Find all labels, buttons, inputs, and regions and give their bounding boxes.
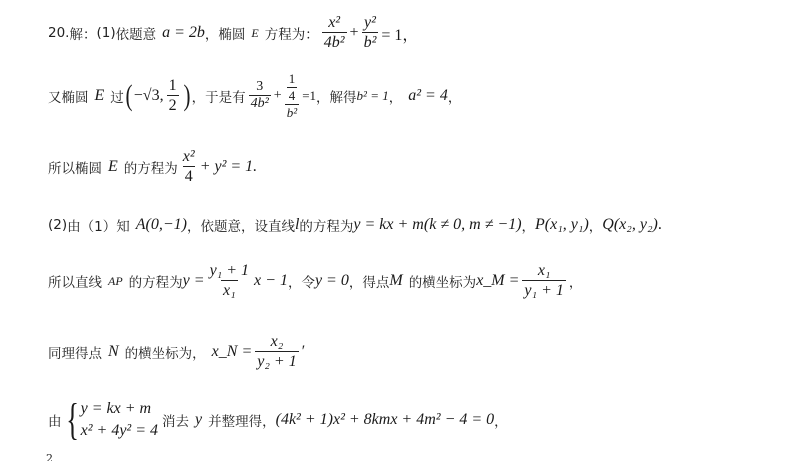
text: 的方程为 bbox=[124, 157, 178, 177]
text: 的横坐标为 bbox=[409, 271, 477, 291]
text: ，解得 bbox=[316, 86, 357, 106]
math-point-P: P(x₁, y₁) bbox=[535, 216, 589, 234]
problem-number: 20. bbox=[48, 25, 69, 41]
math-b2: b² = 1 bbox=[357, 88, 389, 104]
text: 同理得点 bbox=[48, 342, 102, 362]
rhs: = 1， bbox=[381, 22, 418, 45]
math-E: E bbox=[108, 158, 118, 176]
part2-label: (2) bbox=[48, 217, 67, 233]
math-E: E bbox=[95, 87, 105, 105]
math-line-eq: y = kx + m(k ≠ 0, m ≠ −1) bbox=[353, 216, 521, 234]
text: 所以椭圆 bbox=[48, 157, 102, 177]
fraction: y² b² bbox=[362, 14, 379, 53]
text: 的方程为 bbox=[299, 215, 353, 235]
text: ，得点 bbox=[349, 271, 390, 291]
fraction: y₁ + 1 x₁ bbox=[208, 262, 251, 301]
point-x: −√3, bbox=[134, 87, 164, 105]
solution-label: 解： bbox=[69, 23, 96, 43]
text: ， bbox=[522, 215, 536, 235]
text: 由 bbox=[48, 410, 62, 430]
part1-line1: 20. 解： (1) 依题意 a = 2b ，椭圆 E 方程为： x² 4b² … bbox=[48, 14, 418, 53]
math-xN: x_N = bbox=[212, 343, 253, 361]
text: ，椭圆 bbox=[205, 23, 246, 43]
math-a2: a² = 4 bbox=[408, 87, 448, 105]
part1-label: (1) bbox=[96, 25, 115, 41]
part1-line2: 又椭圆 E 过 ( −√3, 1 2 ) ，于是有 3 4b² + 1 4 b²… bbox=[48, 72, 461, 120]
plus: + bbox=[274, 88, 282, 104]
math-point-A: A(0,−1) bbox=[136, 216, 187, 234]
text: 并整理得， bbox=[208, 410, 276, 430]
text: 又椭圆 bbox=[48, 86, 89, 106]
text: 由（1）知 bbox=[67, 215, 130, 235]
text: ， bbox=[589, 215, 603, 235]
text: ，令 bbox=[288, 271, 315, 291]
text: 消去 bbox=[162, 410, 189, 430]
part2-line4: 由 { y = kx + m x² + 4y² = 4 消去 y 并整理得， (… bbox=[48, 398, 508, 442]
text: ，依题意，设直线 bbox=[187, 215, 295, 235]
text: 依题意 bbox=[116, 23, 157, 43]
math-xM: x_M = bbox=[476, 272, 519, 290]
right-paren: ) bbox=[183, 81, 190, 111]
math-y0: y = 0 bbox=[315, 272, 349, 290]
left-paren: ( bbox=[125, 81, 132, 111]
text: ， bbox=[494, 410, 508, 430]
math-quadratic: (4k² + 1)x² + 8kmx + 4m² − 4 = 0 bbox=[276, 411, 495, 429]
text: ， bbox=[569, 271, 583, 291]
math-a-eq-2b: a = 2b bbox=[162, 24, 205, 42]
part2-line3: 同理得点 N 的横坐标为， x_N = x₂ y₂ + 1 ′ bbox=[48, 333, 305, 372]
part1-line3: 所以椭圆 E 的方程为 x² 4 + y² = 1. bbox=[48, 148, 257, 187]
text: ， bbox=[448, 86, 462, 106]
part2-line2: 所以直线 AP 的方程为 y = y₁ + 1 x₁ x − 1 ，令 y = … bbox=[48, 262, 582, 301]
equation-system: y = kx + m x² + 4y² = 4 bbox=[81, 398, 158, 441]
fraction: 3 4b² bbox=[249, 79, 271, 113]
text: . bbox=[658, 216, 662, 234]
math-AP: AP bbox=[108, 274, 123, 289]
math-y: y bbox=[195, 411, 202, 429]
math-point-Q: Q(x₂, y₂) bbox=[602, 216, 658, 234]
fraction: 1 2 bbox=[167, 77, 179, 116]
text: ， bbox=[389, 86, 403, 106]
math-lhs: y = bbox=[183, 272, 205, 290]
text: 所以直线 bbox=[48, 271, 102, 291]
text: 的方程为 bbox=[129, 271, 183, 291]
text: 方程为： bbox=[265, 23, 319, 43]
text: 过 bbox=[110, 86, 124, 106]
fraction: x² 4 bbox=[181, 148, 197, 187]
left-brace: { bbox=[66, 398, 79, 442]
text: ′ bbox=[302, 343, 306, 361]
math-rest: + y² = 1. bbox=[200, 158, 258, 176]
text: 的横坐标为， bbox=[125, 342, 206, 362]
math-rest: x − 1 bbox=[254, 272, 288, 290]
fraction: x² 4b² bbox=[322, 14, 347, 53]
text: ，于是有 bbox=[192, 86, 246, 106]
math-N: N bbox=[108, 343, 119, 361]
part2-line1: (2) 由（1）知 A(0,−1) ，依题意，设直线 l 的方程为 y = kx… bbox=[48, 215, 662, 235]
math-E: E bbox=[251, 26, 258, 41]
math-M: M bbox=[389, 272, 402, 290]
compound-fraction: 1 4 b² bbox=[285, 72, 300, 120]
rhs: =1 bbox=[302, 88, 316, 104]
partial-next-line: 2 bbox=[46, 452, 53, 461]
plus: + bbox=[350, 24, 359, 42]
fraction: x₂ y₂ + 1 bbox=[255, 333, 298, 372]
fraction: x₁ y₁ + 1 bbox=[522, 262, 565, 301]
